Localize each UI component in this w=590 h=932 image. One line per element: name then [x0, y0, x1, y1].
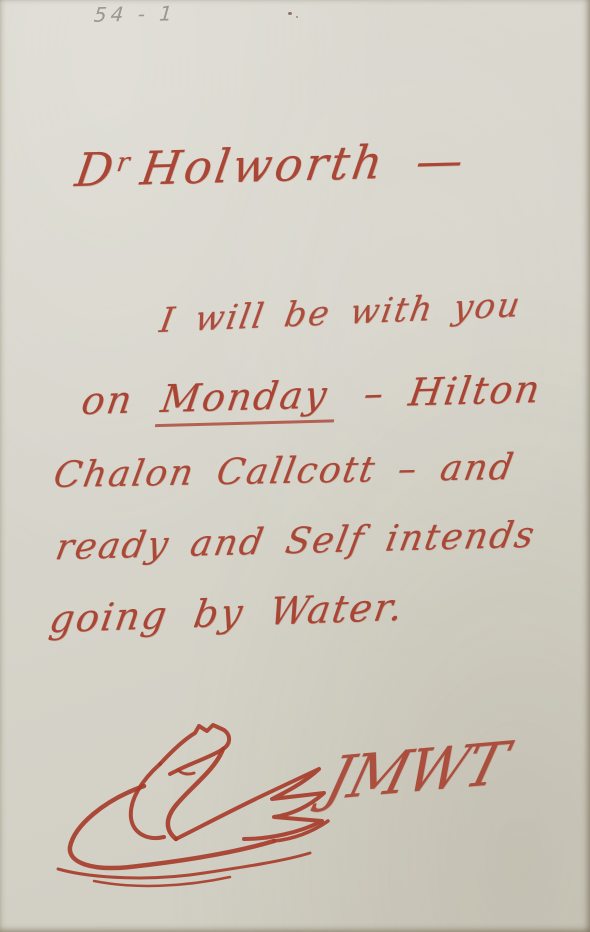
body-line-2-pre: on	[79, 378, 137, 424]
salutation-initial: D	[72, 142, 120, 197]
signature-initials: JMWT	[320, 733, 512, 808]
salutation-name: Holworth	[137, 135, 389, 196]
swan-beak-path	[178, 770, 194, 774]
body-line-2: on Monday – Hilton	[79, 370, 544, 420]
ink-speck	[288, 12, 292, 15]
ink-speck	[296, 16, 298, 18]
swan-neck-front-path	[131, 764, 164, 838]
swan-head-path	[160, 725, 229, 774]
body-line-4: ready and Self intends	[53, 518, 539, 567]
swan-breast-path	[70, 786, 274, 868]
salutation-superscript: r	[115, 148, 135, 179]
body-line-2-underlined-word: Monday	[155, 372, 341, 427]
body-line-3: Chalon Callcott – and	[51, 450, 518, 494]
swan-ink-doodle-sketch	[32, 720, 348, 888]
pencil-catalog-note: 54 - 1	[93, 1, 177, 26]
body-line-5: going by Water.	[47, 588, 407, 639]
salutation-line: DrHolworth —	[73, 137, 469, 193]
body-line-2-post: – Hilton	[361, 367, 545, 416]
salutation-flourish: —	[413, 133, 470, 189]
body-line-1: I will be with you	[157, 288, 524, 338]
letter-paper: 54 - 1 DrHolworth — I will be with you o…	[0, 0, 590, 932]
